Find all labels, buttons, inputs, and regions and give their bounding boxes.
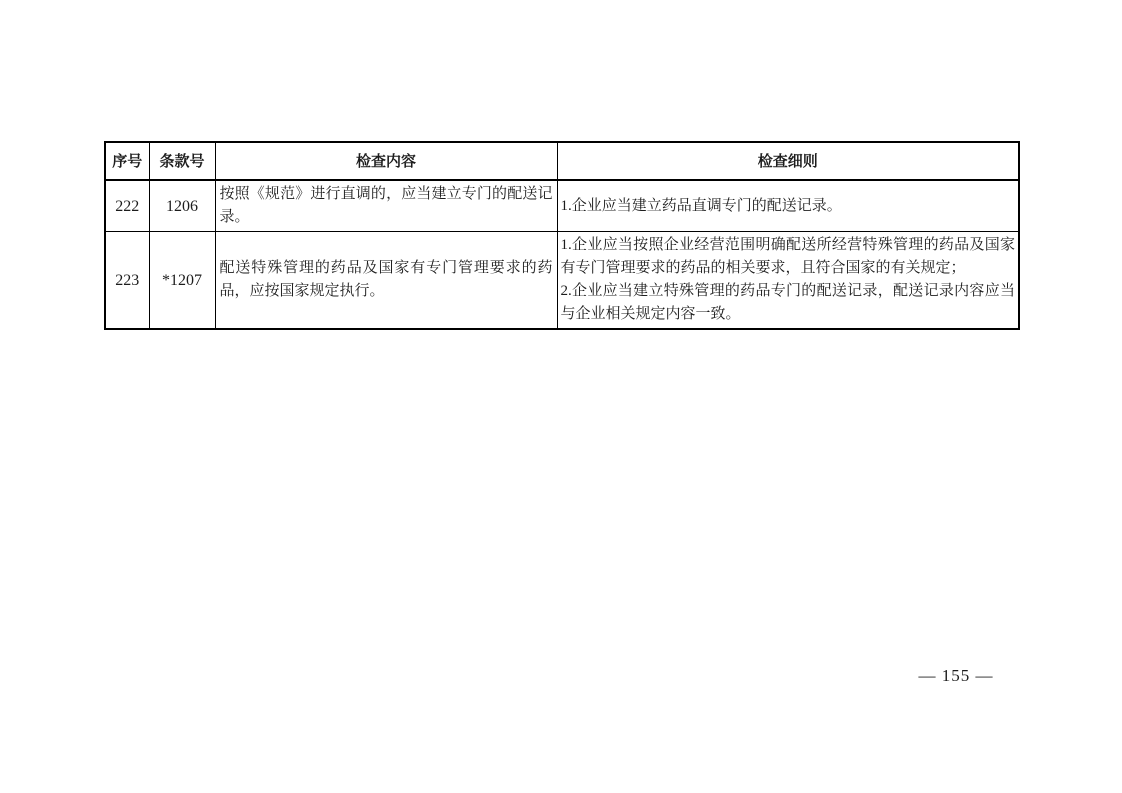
inspection-table: 序号 条款号 检查内容 检查细则 222 1206 按照《规范》进行直调的，应当… — [104, 141, 1020, 330]
header-content: 检查内容 — [215, 142, 557, 180]
page-number: — 155 — — [904, 666, 1008, 686]
cell-content: 按照《规范》进行直调的，应当建立专门的配送记录。 — [215, 180, 557, 232]
table-header-row: 序号 条款号 检查内容 检查细则 — [105, 142, 1019, 180]
cell-detail: 1.企业应当建立药品直调专门的配送记录。 — [557, 180, 1019, 232]
header-seq: 序号 — [105, 142, 149, 180]
cell-seq: 222 — [105, 180, 149, 232]
header-clause: 条款号 — [149, 142, 215, 180]
document-page: 序号 条款号 检查内容 检查细则 222 1206 按照《规范》进行直调的，应当… — [0, 0, 1122, 793]
cell-clause: 1206 — [149, 180, 215, 232]
header-detail: 检查细则 — [557, 142, 1019, 180]
table-row: 222 1206 按照《规范》进行直调的，应当建立专门的配送记录。 1.企业应当… — [105, 180, 1019, 232]
cell-detail: 1.企业应当按照企业经营范围明确配送所经营特殊管理的药品及国家有专门管理要求的药… — [557, 232, 1019, 330]
table-row: 223 *1207 配送特殊管理的药品及国家有专门管理要求的药品，应按国家规定执… — [105, 232, 1019, 330]
cell-clause: *1207 — [149, 232, 215, 330]
cell-content: 配送特殊管理的药品及国家有专门管理要求的药品，应按国家规定执行。 — [215, 232, 557, 330]
cell-seq: 223 — [105, 232, 149, 330]
